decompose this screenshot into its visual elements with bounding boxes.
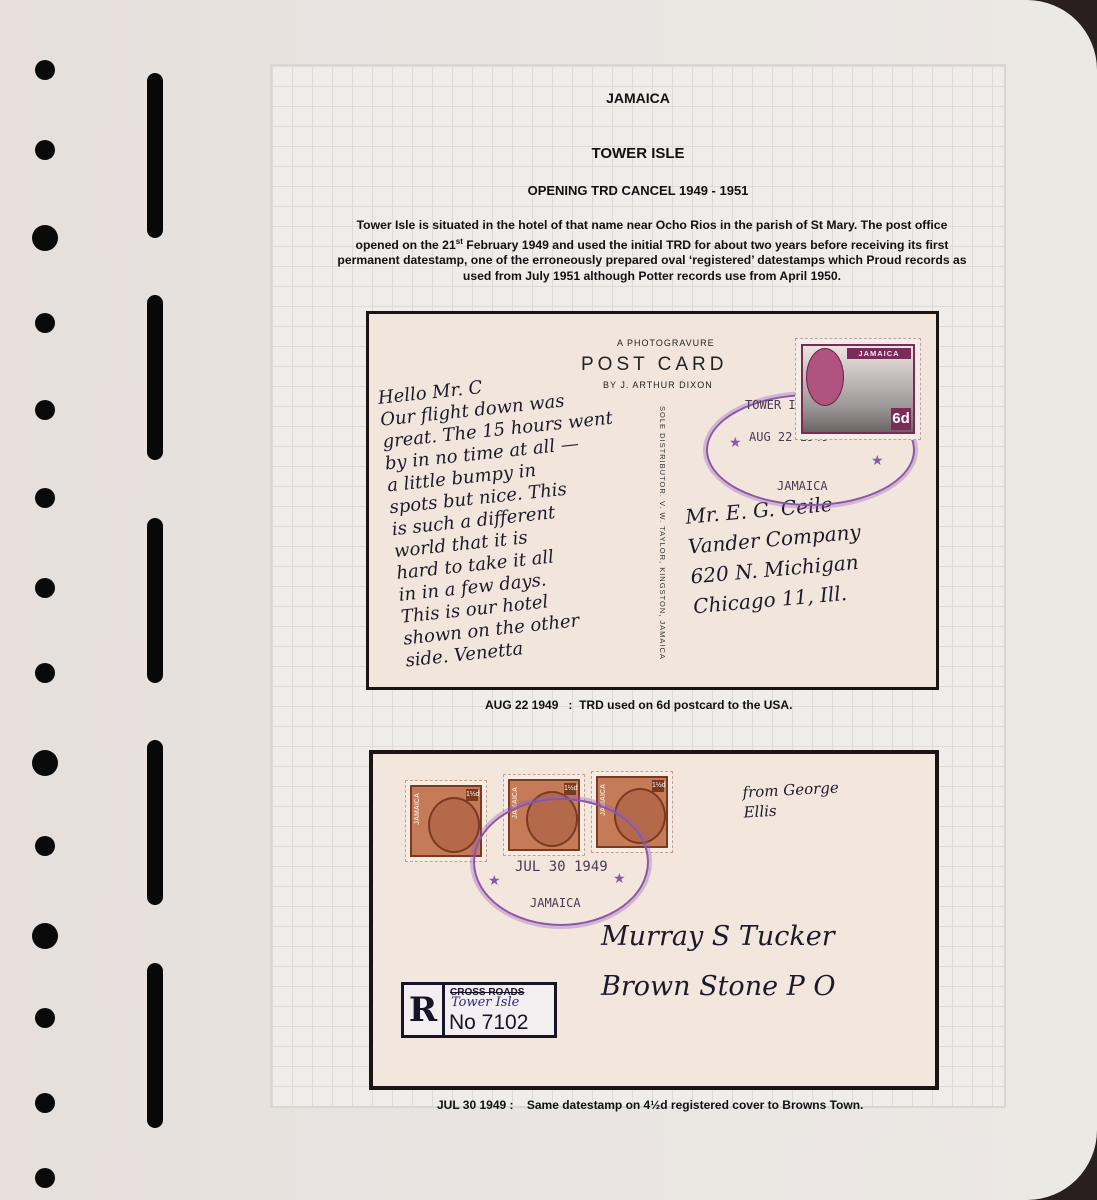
binder-hole [35, 313, 55, 333]
star-icon: ★ [729, 434, 742, 451]
sender-note: from GeorgeEllis [742, 778, 840, 823]
caption-date: JUL 30 1949 [437, 1098, 506, 1112]
stamp-value: 6d [891, 408, 911, 430]
king-portrait-icon [806, 348, 844, 406]
caption-separator: : [510, 1098, 514, 1112]
binder-hole [35, 488, 55, 508]
binder-hole [35, 1093, 55, 1113]
binder-slot [147, 295, 163, 460]
registered-cover-item: JAMAICA1½d JAMAICA1½d JAMAICA1½d JUL 30 … [369, 750, 939, 1090]
binder-hole [35, 1168, 55, 1188]
handwritten-line: Brown Stone P O [601, 962, 836, 1012]
binder-hole [32, 923, 58, 949]
stamp-value: 1½d [466, 789, 478, 801]
binder-hole [35, 140, 55, 160]
caption-text: TRD used on 6d postcard to the USA. [579, 698, 792, 712]
caption-separator: : [568, 698, 572, 712]
postcard-address: Mr. E. G. CeileVander Company620 N. Mich… [684, 487, 867, 622]
cancel-date-text: JUL 30 1949 [515, 859, 608, 875]
postcard-message: Hello Mr. COur flight down wasgreat. The… [377, 357, 705, 673]
intro-paragraph: Tower Isle is situated in the hotel of t… [336, 218, 968, 284]
caption-date: AUG 22 1949 [485, 698, 558, 712]
binder-hole [32, 225, 58, 251]
handwritten-line: Ellis [743, 797, 840, 822]
star-icon: ★ [613, 870, 626, 887]
caption-text: Same datestamp on 4½d registered cover t… [527, 1098, 864, 1112]
binder-hole [35, 60, 55, 80]
postcard-item: A PHOTOGRAVURE POST CARD BY J. ARTHUR DI… [366, 311, 939, 690]
binder-hole [35, 836, 55, 856]
binder-hole [35, 663, 55, 683]
registration-number: No 7102 [449, 1011, 528, 1035]
registration-label: R CROSS ROADS Tower Isle No 7102 [401, 982, 557, 1038]
stamp-country: JAMAICA [847, 348, 911, 359]
cover-caption: JUL 30 1949 : Same datestamp on 4½d regi… [437, 1098, 863, 1112]
cover-address: Murray S TuckerBrown Stone P O [601, 912, 836, 1012]
binder-hole [35, 578, 55, 598]
binder-hole [35, 1008, 55, 1028]
binder-slot [147, 518, 163, 683]
intro-ordinal: st [456, 237, 463, 246]
binder-hole [32, 750, 58, 776]
stamp-country: JAMAICA [414, 793, 421, 825]
page-office-heading: TOWER ISLE [270, 145, 1006, 162]
album-page: JAMAICA TOWER ISLE OPENING TRD CANCEL 19… [0, 0, 1097, 1200]
postage-stamp-6d: JAMAICA 6d [795, 338, 921, 440]
binder-slot [147, 73, 163, 238]
postcard-caption: AUG 22 1949 : TRD used on 6d postcard to… [485, 698, 792, 712]
stamp-value: 1½d [652, 780, 664, 792]
cancel-bottom-text: JAMAICA [530, 896, 581, 910]
manuscript-office: Tower Isle [451, 995, 519, 1010]
star-icon: ★ [488, 872, 501, 889]
handwritten-line: Murray S Tucker [601, 912, 836, 962]
binder-hole [35, 400, 55, 420]
binder-slot [147, 740, 163, 905]
binder-slot [147, 963, 163, 1128]
star-icon: ★ [871, 452, 884, 469]
registration-letter: R [404, 985, 445, 1035]
page-country-heading: JAMAICA [270, 90, 1006, 106]
king-portrait-icon [428, 797, 480, 853]
stamp-value: 1½d [564, 783, 576, 795]
postcard-header-small: A PHOTOGRAVURE [617, 338, 715, 348]
page-subject-heading: OPENING TRD CANCEL 1949 - 1951 [270, 183, 1006, 198]
cancel-bottom-text: JAMAICA [777, 479, 828, 493]
